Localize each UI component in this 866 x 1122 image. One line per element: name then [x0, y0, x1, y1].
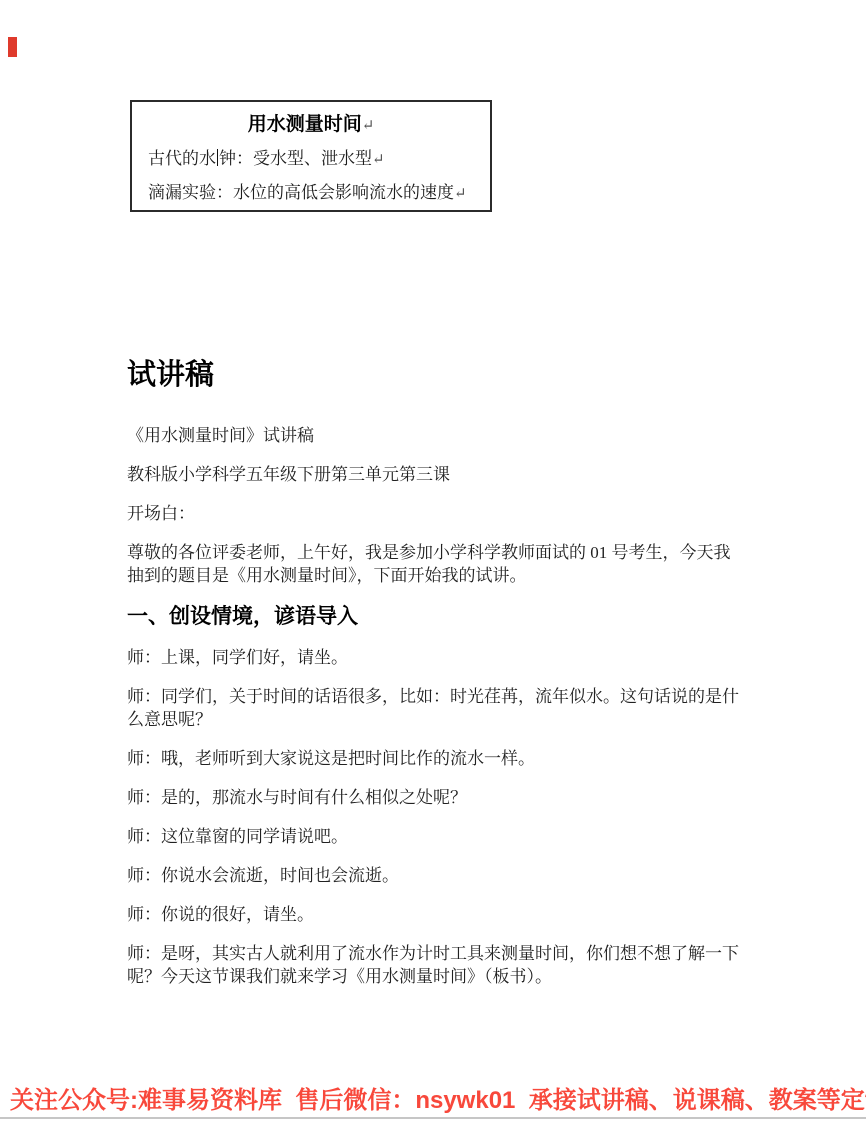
- summary-box: 用水测量时间↵ 古代的水钟：受水型、泄水型↵ 滴漏实验：水位的高低会影响流水的速…: [130, 100, 492, 212]
- paragraph: 开场白：: [127, 502, 745, 525]
- paragraph: 师：是呀，其实古人就利用了流水作为计时工具来测量时间，你们想不想了解一下呢？今天…: [127, 942, 745, 988]
- section-heading: 一、创设情境，谚语导入: [127, 603, 745, 631]
- footer-divider: [0, 1117, 866, 1119]
- document-page: 用水测量时间↵ 古代的水钟：受水型、泄水型↵ 滴漏实验：水位的高低会影响流水的速…: [0, 0, 866, 1122]
- promo-footer: 关注公众号:难事易资料库 售后微信：nsywk01 承接试讲稿、说课稿、教案等定…: [0, 1086, 866, 1115]
- paragraph: 师：这位靠窗的同学请说吧。: [127, 825, 745, 848]
- paragraph: 师：你说的很好，请坐。: [127, 903, 745, 926]
- box-title: 用水测量时间↵: [132, 115, 490, 136]
- paragraph: 师：同学们，关于时间的话语很多，比如：时光荏苒，流年似水。这句话说的是什么意思呢…: [127, 685, 745, 731]
- paragraph: 师：是的，那流水与时间有什么相似之处呢？: [127, 786, 745, 809]
- paragraph: 教科版小学科学五年级下册第三单元第三课: [127, 463, 745, 486]
- page-title: 试讲稿: [127, 356, 745, 394]
- paragraph: 尊敬的各位评委老师，上午好，我是参加小学科学教师面试的 01 号考生，今天我抽到…: [127, 541, 745, 587]
- paragraph: 师：哦，老师听到大家说这是把时间比作的流水一样。: [127, 747, 745, 770]
- paragraph: 师：上课，同学们好，请坐。: [127, 646, 745, 669]
- paragraph-mark-icon: ↵: [372, 152, 385, 168]
- paragraph-mark-icon: ↵: [454, 186, 467, 202]
- box-line-text: 滴漏实验：水位的高低会影响流水的速度: [148, 183, 454, 202]
- box-line-drip-experiment: 滴漏实验：水位的高低会影响流水的速度↵: [132, 183, 490, 204]
- red-corner-mark: [8, 37, 17, 57]
- box-title-text: 用水测量时间: [248, 114, 362, 135]
- paragraph: 《用水测量时间》试讲稿: [127, 424, 745, 447]
- document-body: 试讲稿 《用水测量时间》试讲稿 教科版小学科学五年级下册第三单元第三课 开场白：…: [127, 356, 745, 1004]
- box-line-text: 古代的水: [148, 149, 216, 168]
- paragraph-mark-icon: ↵: [362, 118, 375, 134]
- text-cursor: [217, 149, 218, 166]
- paragraph: 师：你说水会流逝，时间也会流逝。: [127, 864, 745, 887]
- box-line-text: 钟：受水型、泄水型: [219, 149, 372, 168]
- box-line-water-clock: 古代的水钟：受水型、泄水型↵: [132, 149, 490, 170]
